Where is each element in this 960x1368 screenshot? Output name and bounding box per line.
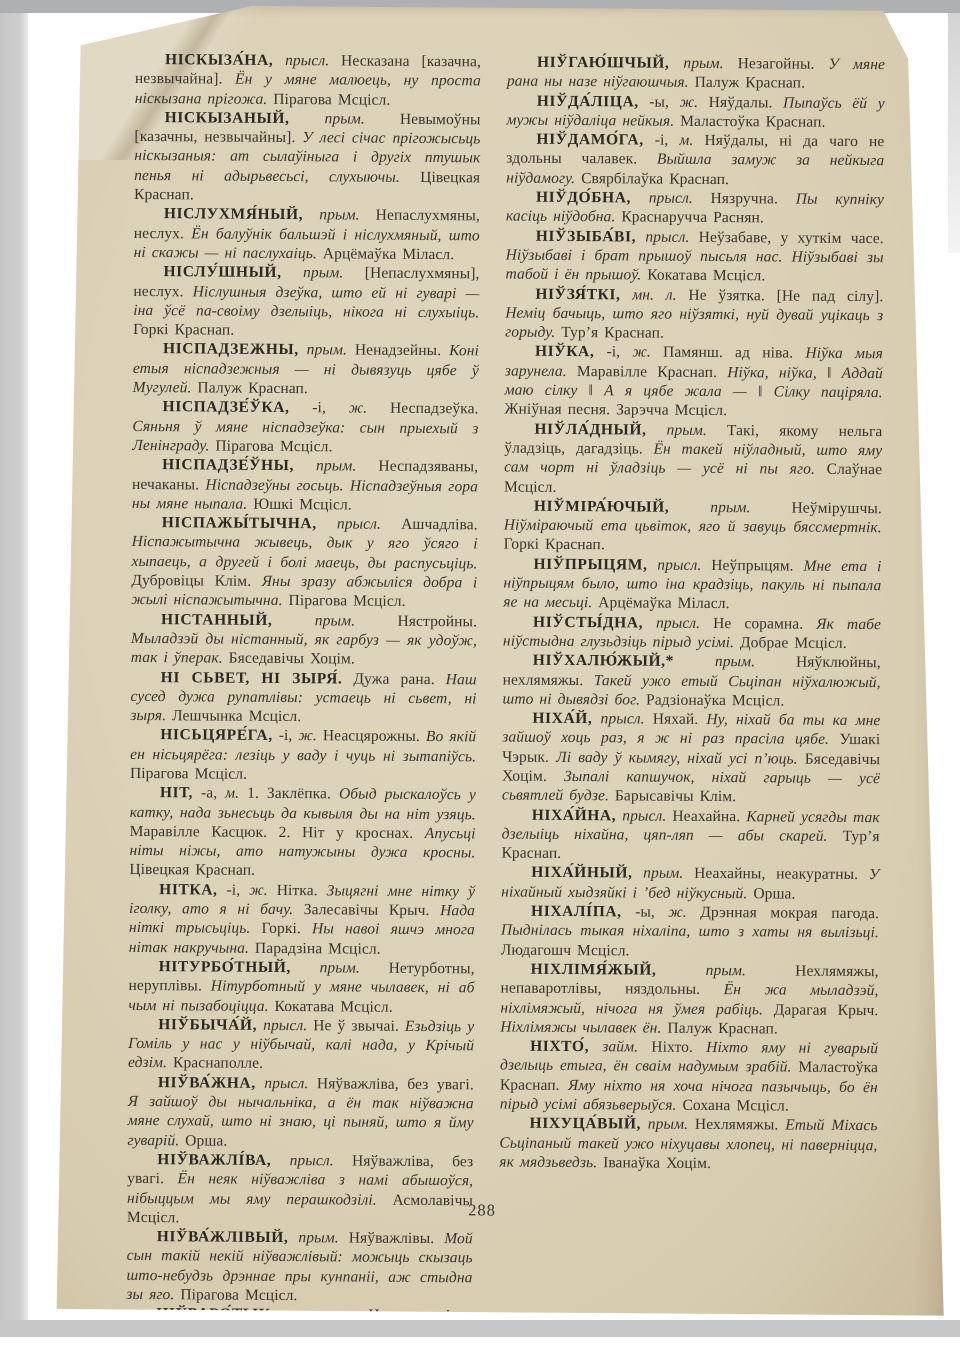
headword: НІЎКА, (535, 343, 594, 360)
scanned-book-page-container: НІСКЫЗА́НА, прысл. Несказана [казачна, н… (0, 0, 960, 1337)
headword: НІЎБЫЧА́Й, (158, 1016, 257, 1034)
headword: НІЎДАМО́ГА, (536, 131, 643, 149)
italic-text: Ніслушныя дзеўка, што ей ні гуварі — іна… (133, 283, 479, 321)
roman-text: Свярбілаўка Краснап. (575, 170, 729, 188)
headword: НІСПАЖЫ́ТЫЧНА, (162, 514, 317, 532)
roman-text: Няўважліва, без увагі. (308, 1075, 474, 1093)
dictionary-entry: НІЎСТЫ́ДНА, прысл. Не сорамна. Як табе н… (503, 612, 881, 653)
roman-text: Ніхто. (638, 1039, 693, 1056)
headword: НІЎПРЫЦЯМ, (533, 555, 647, 573)
roman-text: Жніўная песня. Зарэчча Мсцісл. (505, 401, 728, 420)
roman-text: Няхай. (645, 711, 699, 728)
roman-text: 1. Заклёпка. (239, 785, 331, 803)
roman-text: Орша. (747, 885, 795, 902)
dictionary-entry: НІЎВА́ЖНА, прысл. Няўважліва, без увагі.… (127, 1073, 474, 1153)
italic-text: ж. (669, 93, 698, 110)
italic-text: прысл. (257, 1017, 307, 1034)
italic-text: прым. (669, 499, 750, 517)
dictionary-entry: НІХА́ЙНА, прысл. Неахайна. Карней усягды… (501, 805, 879, 866)
roman-text: Кокатава Мсцісл. (641, 267, 765, 285)
headword: НІЎДО́БНА, (536, 189, 631, 207)
headword: НІЎХАЛЮ́ЖЫЙ,* (533, 652, 674, 670)
roman-text: Пірагова Мсцісл. (130, 765, 247, 783)
dictionary-entry: НІЎЗЫБА́ВІ, прысл. Неўзабаве, у хуткім ч… (505, 226, 883, 287)
dictionary-entry: НІСКЫЗА́НА, прысл. Несказана [казачна, н… (135, 50, 481, 110)
roman-text: Ашчадліва. (381, 516, 478, 534)
roman-text: Памянш. ад ніва. (651, 344, 793, 362)
scanner-bed-right (948, 13, 960, 253)
headword: НІЎВА́ЖНА, (158, 1074, 256, 1092)
italic-text: прым. (303, 207, 360, 224)
italic-text: м. (668, 132, 693, 149)
headword: НІХУЦА́ВЫЙ, (530, 1115, 642, 1133)
roman-text: Пірагова Мсцісл. (174, 1286, 297, 1304)
roman-text: Неўзабаве, у хуткім часе. (689, 229, 883, 247)
headword: НІТ, (160, 784, 193, 801)
italic-text: прым. (288, 1229, 338, 1246)
dictionary-entry: НІСПАДЗЕЖНЫ, прым. Ненадзейны. Коні етыя… (133, 339, 479, 399)
dictionary-entry: НІХА́Й, прысл. Няхай. Ну, ніхай ба ты ка… (502, 709, 881, 808)
headword: НІХТО́, (530, 1038, 589, 1055)
roman-text: Арцёмаўка Міласл. (317, 245, 454, 263)
headword: НІЎГАЮ́ШЧЫЙ, (537, 54, 670, 72)
italic-text: м. (217, 785, 239, 802)
roman-text: Бяседавічы Хоцім. (223, 650, 355, 668)
headword: НІЎЗЫБА́ВІ, (536, 227, 636, 245)
dictionary-entry: НІЎВАЖЛІ́ВА, прысл. Няўважліва, без уваг… (127, 1150, 474, 1230)
headword: НІЎСТЫ́ДНА, (533, 613, 643, 631)
italic-text: прым. (299, 342, 347, 359)
dictionary-entry: НІЎПРЫЦЯМ, прысл. Неўпрыцям. Мне ета і н… (503, 554, 881, 615)
italic-text: прым. (669, 55, 723, 72)
roman-text: Сохана Мсцісл. (676, 1097, 788, 1115)
dictionary-entry: НІХТО́, займ. Ніхто. Ніхто яму ні гувары… (500, 1037, 879, 1117)
dictionary-entry: НІХЛІМЯ́ЖЫЙ, прым. Нехлямяжы, непаваротл… (500, 959, 879, 1039)
italic-text: прым. (289, 110, 364, 128)
italic-text: прысл. (256, 1075, 309, 1092)
italic-text: ж. (620, 344, 651, 361)
roman-text: Барысавічы Клім. (609, 788, 736, 806)
roman-text: Нястройны. (355, 612, 477, 630)
roman-text: -і, (644, 132, 669, 149)
roman-text: Дубровіцы Клім. (131, 572, 251, 590)
roman-text: Цівецкая Краснап. (129, 861, 255, 879)
roman-text: Орша. (179, 1132, 227, 1149)
roman-text: Маравілле Краснап. (567, 363, 717, 381)
italic-text: прысл. (271, 1152, 334, 1169)
roman-text: Неасцярожны. (317, 728, 420, 746)
italic-text: прысл. (317, 515, 381, 532)
roman-text: Няўважлівы. (339, 1230, 435, 1248)
italic-text: Пыднілась тыкая ніхаліпа, што з хаты ня … (501, 922, 879, 942)
roman-text: Горкі Краснап. (133, 321, 234, 339)
dictionary-entry: НІЎБЫЧА́Й, прысл. Не ў звычаі. Езьдзіць … (128, 1015, 474, 1075)
roman-text: -і, (594, 344, 620, 361)
italic-text: Ніўміраючый ета цьвіток, яго й завуць бя… (504, 517, 882, 537)
headword: НІХЛІМЯ́ЖЫЙ, (531, 961, 657, 979)
roman-text: -і, (273, 727, 293, 744)
italic-text: мн. л. (620, 286, 676, 303)
roman-text: Тур’я Краснап. (555, 324, 664, 342)
italic-text: Ніспажытычна жывець, дык у яго ўсяго і х… (131, 533, 477, 572)
dictionary-entry: НІЎЛА́ДНЫЙ, прым. Такі, якому нельга ўла… (504, 419, 883, 499)
roman-text: Арцёмаўка Міласл. (592, 594, 729, 612)
roman-text: Краснаручча Раснян. (615, 209, 764, 227)
page-number: 288 (444, 1200, 520, 1221)
headword: НІХАЛІ́ПА, (531, 903, 622, 921)
roman-text: Неспадзеўка. (367, 400, 478, 418)
headword: НІТКА, (159, 881, 217, 898)
roman-text: Краснаполле. (167, 1055, 263, 1073)
italic-text: ж. (326, 400, 367, 417)
headword: НІСПАДЗЕ́ЎНЫ, (162, 456, 294, 474)
italic-text: прысл. (647, 556, 701, 573)
roman-text: Няўдалы. (698, 93, 772, 111)
italic-text: прысл. (592, 710, 644, 727)
headword: НІЎВАЖЛІ́ВА, (157, 1151, 271, 1169)
dictionary-entry: НІЎДА́ЛІЦА, -ы, ж. Няўдалы. Пыпаўсь ёй у… (507, 91, 885, 132)
headword: НІТУРБО́ТНЫЙ, (159, 958, 291, 976)
dictionary-entry: НІТ, -а, м. 1. Заклёпка. Обыд рыскалоўсь… (129, 783, 476, 882)
italic-text: Лі ваду ў кымягу, ніхай усі п’юць. (549, 749, 798, 768)
dictionary-entry: НІСПАЖЫ́ТЫЧНА, прысл. Ашчадліва. Ніспажы… (131, 513, 478, 612)
dictionary-entry: НІСКЫЗАНЫЙ, прым. Невымоўны [казачны, не… (134, 108, 481, 207)
roman-text: Парадзіна Мсцісл. (249, 939, 381, 957)
headword: НІХА́ЙНА, (532, 806, 617, 824)
headword: НІСЛУ́ШНЫЙ, (163, 263, 281, 281)
roman-text: Пірагова Мсцісл. (267, 90, 390, 108)
roman-text: Неўпрыцям. (701, 557, 793, 575)
roman-text: Добрае Мсцісл. (734, 634, 847, 652)
roman-text: Дарагая Крыч. (763, 1001, 878, 1019)
headword: НІСКЫЗА́НА, (165, 51, 273, 69)
roman-text: Незагойны. (724, 55, 815, 73)
roman-text: Маластоўка Краснап. (674, 113, 825, 131)
dictionary-entry: НІЎДАМО́ГА, -і, м. Няўдалы, ні да чаго н… (506, 130, 884, 191)
book-page: НІСКЫЗА́НА, прысл. Несказана [казачна, н… (0, 0, 960, 1337)
column-right: НІЎГАЮ́ШЧЫЙ, прым. Незагойны. У мяне ран… (499, 53, 885, 1175)
roman-text: Палуж Краснап. (661, 1020, 778, 1038)
roman-text: Іванаўка Хоцім. (597, 1154, 711, 1172)
italic-text: Ніхлімяжы чылавек ён. (500, 1018, 661, 1036)
dictionary-entry: НІЎЗЯ́ТКІ, мн. л. Не ўзятка. [Не пад сіл… (505, 284, 883, 345)
roman-text: Ненадзейны. (347, 342, 441, 360)
roman-text: Палуж Краснап. (191, 379, 308, 397)
dictionary-entry: НІСЛУ́ШНЫЙ, прым. [Непаслухмяны], неслух… (133, 262, 480, 342)
roman-text: Дужа рана. (342, 670, 434, 688)
column-left: НІСКЫЗА́НА, прысл. Несказана [казачна, н… (126, 50, 481, 1337)
headword: НІСЬЦЯРЕ́ГА, (160, 727, 273, 745)
headword: НІХА́Й, (532, 710, 592, 727)
italic-text: ж. (292, 727, 317, 744)
roman-text: Неахайна. (666, 807, 740, 825)
headword: НІЎЗЯ́ТКІ, (535, 285, 620, 303)
roman-text: Нехлямяжы. (688, 1116, 778, 1134)
headword: НІСЛУХМЯ́НЫЙ, (164, 206, 303, 224)
roman-text: Маравілле Касцюк. 2. Ніт у кроснах. (130, 823, 414, 842)
dictionary-entry: НІХУЦА́ВЫЙ, прым. Нехлямяжы. Етый Міхась… (499, 1114, 877, 1175)
roman-text: Кокатава Мсцісл. (269, 997, 393, 1015)
italic-text: прым. (674, 653, 755, 671)
italic-text: прысл. (636, 228, 689, 245)
dictionary-entry: НІТУРБО́ТНЫЙ, прым. Нетурботны, неруплів… (128, 957, 474, 1017)
roman-text: -і, (289, 399, 326, 416)
dictionary-entry: НІЎДО́БНА, прысл. Нязручна. Пы купніку к… (506, 188, 884, 229)
roman-text: -ы, (639, 93, 669, 110)
roman-text: Палуж Краснап. (689, 74, 806, 92)
italic-text: прым. (641, 1116, 688, 1133)
headword: НІСПАДЗЕЖНЫ, (163, 341, 299, 359)
headword: НІЎЛА́ДНЫЙ, (534, 420, 646, 438)
italic-text: прым. (656, 962, 746, 980)
italic-text: прым. (632, 865, 683, 882)
headword: НІСКЫЗАНЫЙ, (165, 109, 290, 127)
headword: НІСТАННЫЙ, (161, 611, 272, 629)
italic-text: прым. (646, 421, 706, 438)
headword: НІ СЬВЕТ, НІ ЗЫРЯ́. (161, 669, 343, 687)
roman-text: Нязручна. (693, 190, 778, 208)
headword: НІХА́ЙНЫЙ, (531, 864, 632, 882)
dictionary-entry: НІЎКА, -і, ж. Памянш. ад ніва. Ніўка мыя… (505, 342, 884, 422)
roman-text: Лешчынка Мсцісл. (166, 707, 301, 725)
roman-text: Пірагова Мсцісл. (209, 437, 332, 455)
italic-text: займ. (589, 1038, 638, 1055)
italic-text: прым. (272, 612, 355, 630)
dictionary-entry: НІХАЛІ́ПА, -ы, ж. Дрэнная мокрая пагода.… (501, 902, 879, 963)
italic-text: прысл. (273, 52, 329, 69)
roman-text: Неахайны, неакуратны. (683, 865, 858, 883)
italic-text: прысл. (631, 190, 693, 207)
roman-text: -і, (217, 881, 240, 898)
roman-text: Залесавічы Крыч. (293, 901, 429, 919)
roman-text: -ы, (622, 903, 655, 920)
roman-text: Нітка. (268, 882, 318, 899)
italic-text: прым. (291, 959, 360, 976)
roman-text: Дрэнная мокрая пагода. (687, 904, 879, 922)
scanner-bed-left (0, 0, 28, 1337)
dictionary-entry: НІЎХАЛЮ́ЖЫЙ,* прым. Няўклюйны, нехлямяжы… (502, 651, 880, 712)
italic-text: прым. (294, 457, 356, 474)
italic-text: ж. (655, 904, 687, 921)
headword: НІЎМІРА́ЮЧЫЙ, (534, 498, 670, 516)
italic-text: прым. (282, 264, 344, 281)
italic-text: ж. (240, 881, 268, 898)
page-content: НІСКЫЗА́НА, прысл. Несказана [казачна, н… (0, 0, 960, 1337)
dictionary-entry: НІ СЬВЕТ, НІ ЗЫРЯ́. Дужа рана. Наш сусед… (130, 667, 476, 727)
roman-text: Горкі Краснап. (504, 536, 605, 554)
dictionary-entry: НІСЛУХМЯ́НЫЙ, прым. Непаслухмяны, неслух… (134, 204, 480, 264)
roman-text: Юшкі Мсцісл. (247, 496, 352, 514)
dictionary-entry: НІЎГАЮ́ШЧЫЙ, прым. Незагойны. У мяне ран… (507, 53, 885, 94)
dictionary-entry: НІХА́ЙНЫЙ, прым. Неахайны, неакуратны. У… (501, 863, 879, 904)
roman-text: Пірагова Мсцісл. (283, 592, 406, 610)
dictionary-entry: НІСПАДЗЕ́ЎНЫ, прым. Неспадзяваны, нечака… (132, 455, 478, 515)
headword: НІЎДА́ЛІЦА, (537, 92, 639, 110)
italic-text: прысл. (616, 807, 666, 824)
roman-text: -а, (193, 785, 217, 802)
headword: НІСПАДЗЕ́ЎКА, (163, 399, 290, 417)
roman-text: Не ў звычаі. (307, 1017, 399, 1035)
italic-text: прысл. (643, 614, 700, 631)
roman-text: Не ўзятка. [Не пад сілу]. (677, 286, 884, 304)
roman-text: Горкі. (250, 920, 301, 937)
dictionary-entry: НІСТАННЫЙ, прым. Нястройны. Мыладзэй ды … (131, 610, 477, 670)
scanner-bed-bottom (0, 1320, 960, 1337)
dictionary-entry: НІЎВА́ЖЛІВЫЙ, прым. Няўважлівы. Мой сын … (126, 1227, 473, 1307)
roman-text: Радзіонаўка Мсцісл. (640, 691, 784, 709)
roman-text: Неўмірушчы. (750, 499, 881, 517)
roman-text: Людагошч Мсцісл. (501, 941, 630, 959)
dictionary-entry: НІЎМІРА́ЮЧЫЙ, прым. Неўмірушчы. Ніўміраю… (504, 496, 882, 557)
dictionary-entry: НІСПАДЗЕ́ЎКА, -і, ж. Неспадзеўка. Сяньня… (132, 397, 478, 457)
dictionary-entry: НІТКА, -і, ж. Нітка. Зыцягні мне нітку ў… (129, 880, 476, 960)
roman-text: Не сорамна. (700, 615, 803, 633)
dictionary-entry: НІСЬЦЯРЕ́ГА, -і, ж. Неасцярожны. Во якій… (130, 725, 476, 785)
headword: НІЎВА́ЖЛІВЫЙ, (157, 1228, 289, 1246)
